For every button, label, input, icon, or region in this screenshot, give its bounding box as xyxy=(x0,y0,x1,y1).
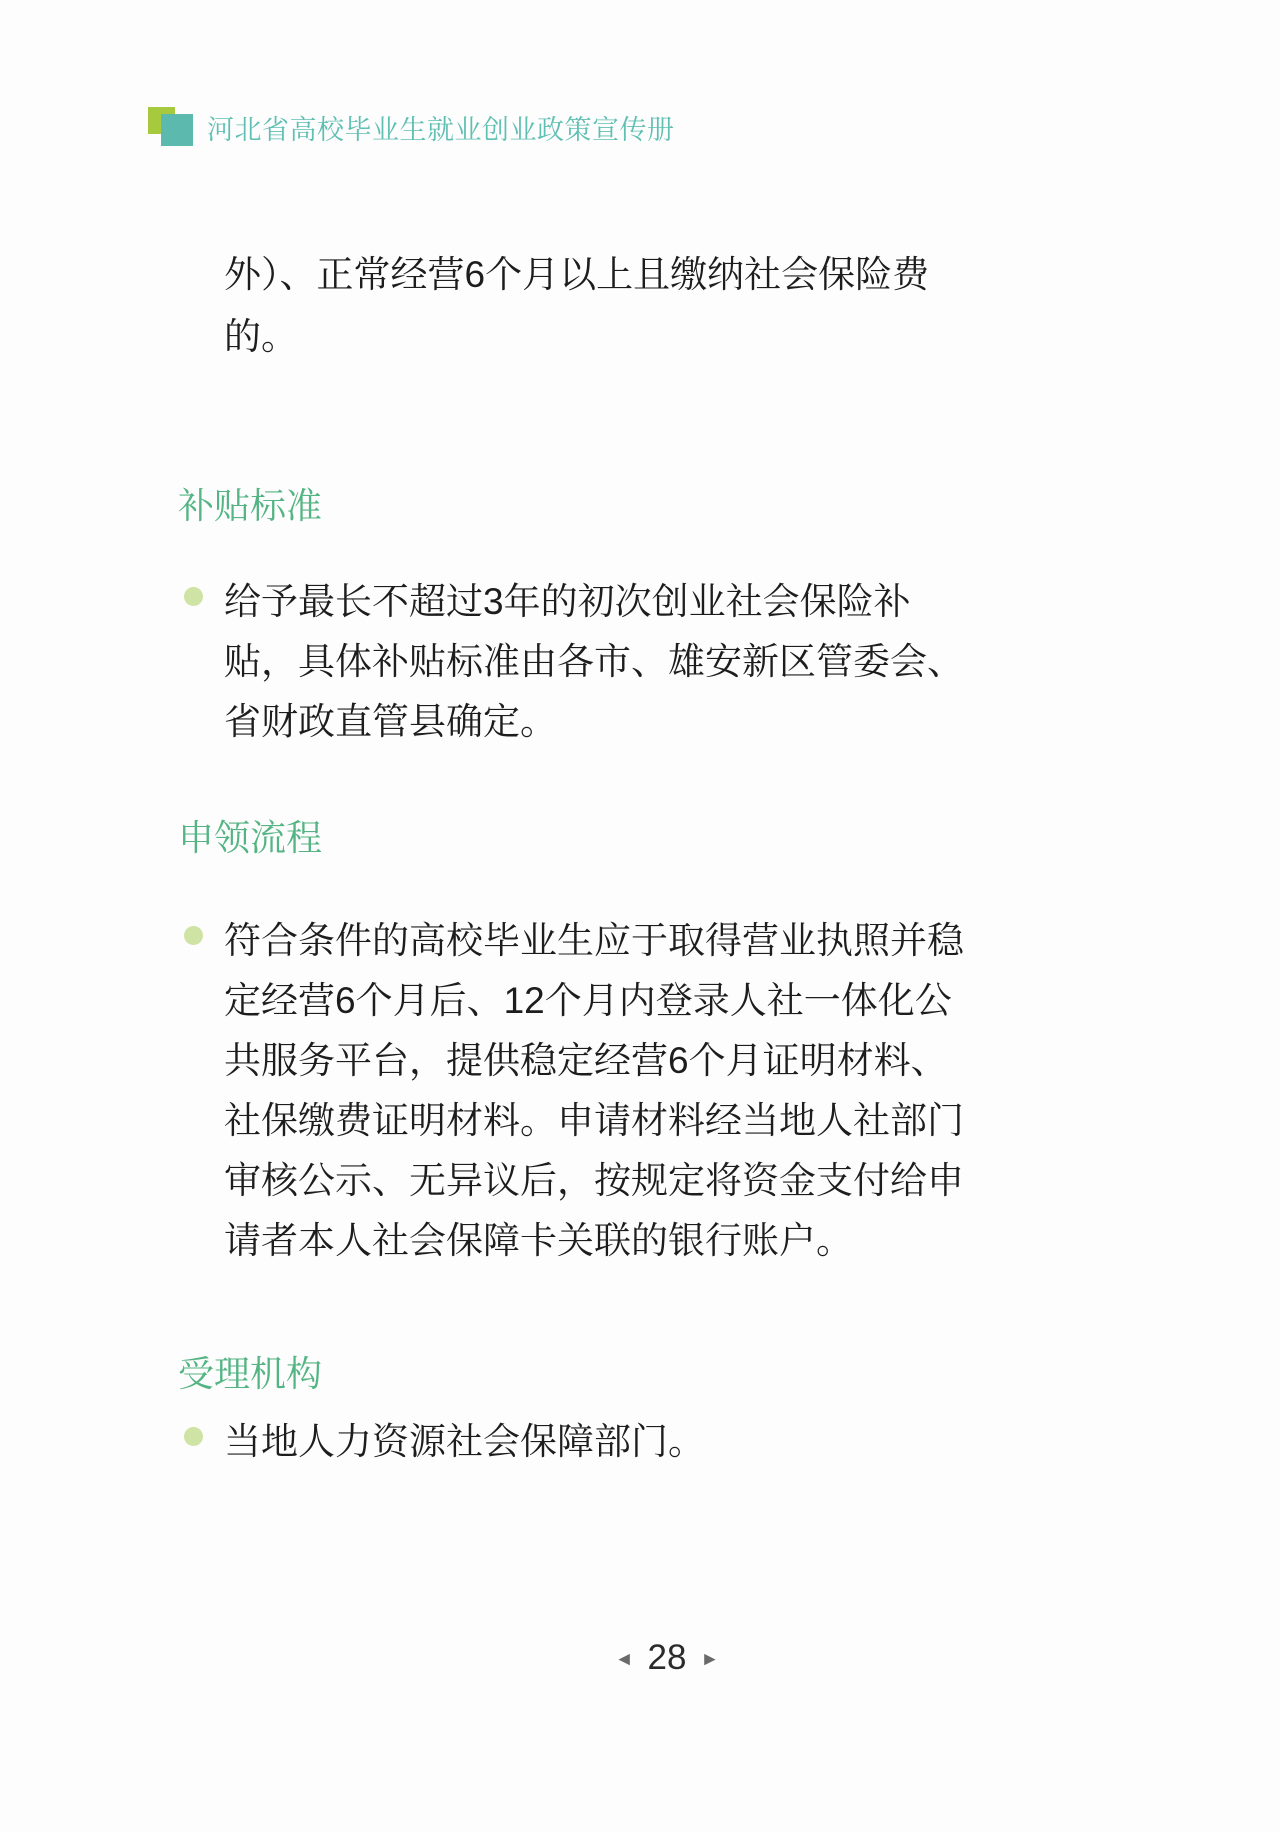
bullet-dot-icon xyxy=(184,587,203,606)
bullet-text: 当地人力资源社会保障部门。 xyxy=(224,1412,978,1472)
page-number: 28 xyxy=(648,1640,687,1675)
section-heading-application-process: 申领流程 xyxy=(178,814,322,862)
next-page-icon: ► xyxy=(700,1646,719,1669)
bullet-item: 当地人力资源社会保障部门。 xyxy=(184,1412,984,1472)
teal-square-icon xyxy=(161,114,193,146)
overlapping-squares-icon xyxy=(148,104,195,150)
section-heading-subsidy-standard: 补贴标准 xyxy=(178,482,322,530)
bullet-item: 符合条件的高校毕业生应于取得营业执照并稳定经营6个月后、12个月内登录人社一体化… xyxy=(184,911,984,1271)
bullet-item: 给予最长不超过3年的初次创业社会保险补贴，具体补贴标准由各市、雄安新区管委会、省… xyxy=(184,572,984,752)
brochure-title: 河北省高校毕业生就业创业政策宣传册 xyxy=(207,108,675,147)
bullet-dot-icon xyxy=(184,926,203,945)
prev-page-icon: ◄ xyxy=(615,1646,634,1669)
page-footer: ◄ 28 ► xyxy=(27,1640,1280,1675)
section-heading-accepting-agency: 受理机构 xyxy=(178,1350,322,1398)
bullet-text: 给予最长不超过3年的初次创业社会保险补贴，具体补贴标准由各市、雄安新区管委会、省… xyxy=(224,572,978,752)
brochure-header: 河北省高校毕业生就业创业政策宣传册 xyxy=(148,104,675,150)
intro-paragraph: 外）、正常经营6个月以上且缴纳社会保险费的。 xyxy=(224,244,978,368)
bullet-dot-icon xyxy=(184,1427,203,1446)
bullet-text: 符合条件的高校毕业生应于取得营业执照并稳定经营6个月后、12个月内登录人社一体化… xyxy=(224,911,978,1271)
